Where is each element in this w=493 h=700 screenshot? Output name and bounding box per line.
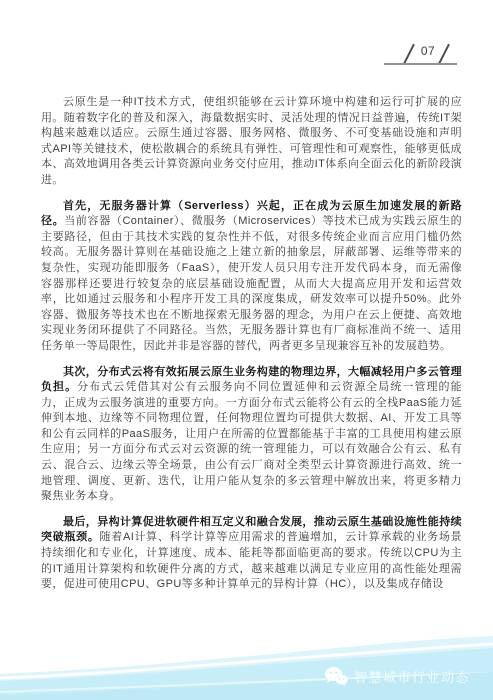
paragraph-text: 随着AI计算、科学计算等应用需求的普遍增加，云计算承载的业务场景持续细化和专业化…: [41, 531, 462, 590]
paragraph-text: 当前容器（Container）、微服务（Microservices）等技术已成为…: [41, 215, 462, 352]
footer-watermark: 智慧城市行业动态: [324, 666, 470, 686]
paragraph-text: 云原生是一种IT技术方式，使组织能够在云计算环境中构建和运行可扩展的应用。随着数…: [41, 96, 462, 186]
slash-decoration-left: [403, 44, 415, 65]
article-body: 云原生是一种IT技术方式，使组织能够在云计算环境中构建和运行可扩展的应用。随着数…: [41, 95, 462, 603]
paragraph: 最后，异构计算促进软硬件相互定义和融合发展，推动云原生基础设施性能持续突破瓶颈。…: [41, 515, 462, 593]
paragraph: 首先，无服务器计算（Serverless）兴起，正在成为云原生加速发展的新路径。…: [41, 199, 462, 355]
page-number: 07: [417, 44, 439, 58]
paragraph: 云原生是一种IT技术方式，使组织能够在云计算环境中构建和运行可扩展的应用。随着数…: [41, 95, 462, 189]
paragraph-text: 分布式云凭借其对公有云服务向不同位置延伸和云资源全局统一管理的能力，正成为云服务…: [41, 381, 462, 502]
article-paragraphs: 云原生是一种IT技术方式，使组织能够在云计算环境中构建和运行可扩展的应用。随着数…: [41, 95, 462, 593]
paragraph: 其次，分布式云将有效拓展云原生业务构建的物理边界，大幅减轻用户多云管理负担。分布…: [41, 365, 462, 505]
header-rule: [384, 63, 457, 65]
document-page: 07 云原生是一种IT技术方式，使组织能够在云计算环境中构建和运行可扩展的应用。…: [0, 0, 493, 700]
slash-decoration-right: [438, 44, 450, 65]
page-number-block: 07: [384, 42, 460, 64]
footer-watermark-text: 智慧城市行业动态: [354, 667, 470, 686]
wechat-icon: [324, 666, 348, 686]
